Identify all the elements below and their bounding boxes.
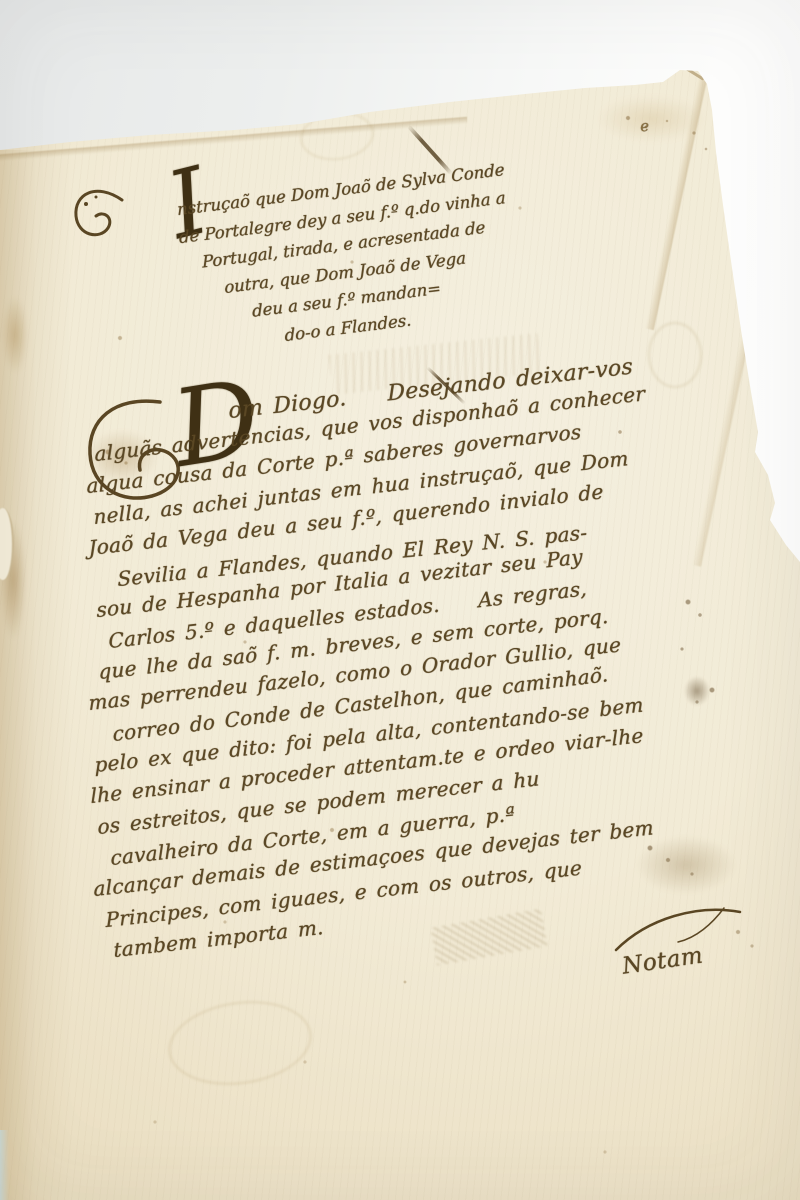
right-edge-shadow <box>645 74 708 330</box>
manuscript-photograph: e I nstruçaõ que Dom Joaõ de Sylva Conde… <box>0 0 800 1200</box>
hatch-smudge <box>431 909 548 966</box>
left-edge-tint <box>0 150 36 1200</box>
background-sliver <box>0 1130 9 1200</box>
edge-stain <box>2 296 28 374</box>
right-edge-shadow <box>692 330 751 567</box>
ring-stain <box>648 322 702 388</box>
ink-blot <box>684 676 710 706</box>
manuscript-page: e I nstruçaõ que Dom Joaõ de Sylva Conde… <box>0 0 800 1200</box>
ring-stain <box>163 992 317 1093</box>
corner-mark: e <box>639 117 650 136</box>
ink-smudge <box>636 836 736 894</box>
page-curl <box>0 508 14 580</box>
